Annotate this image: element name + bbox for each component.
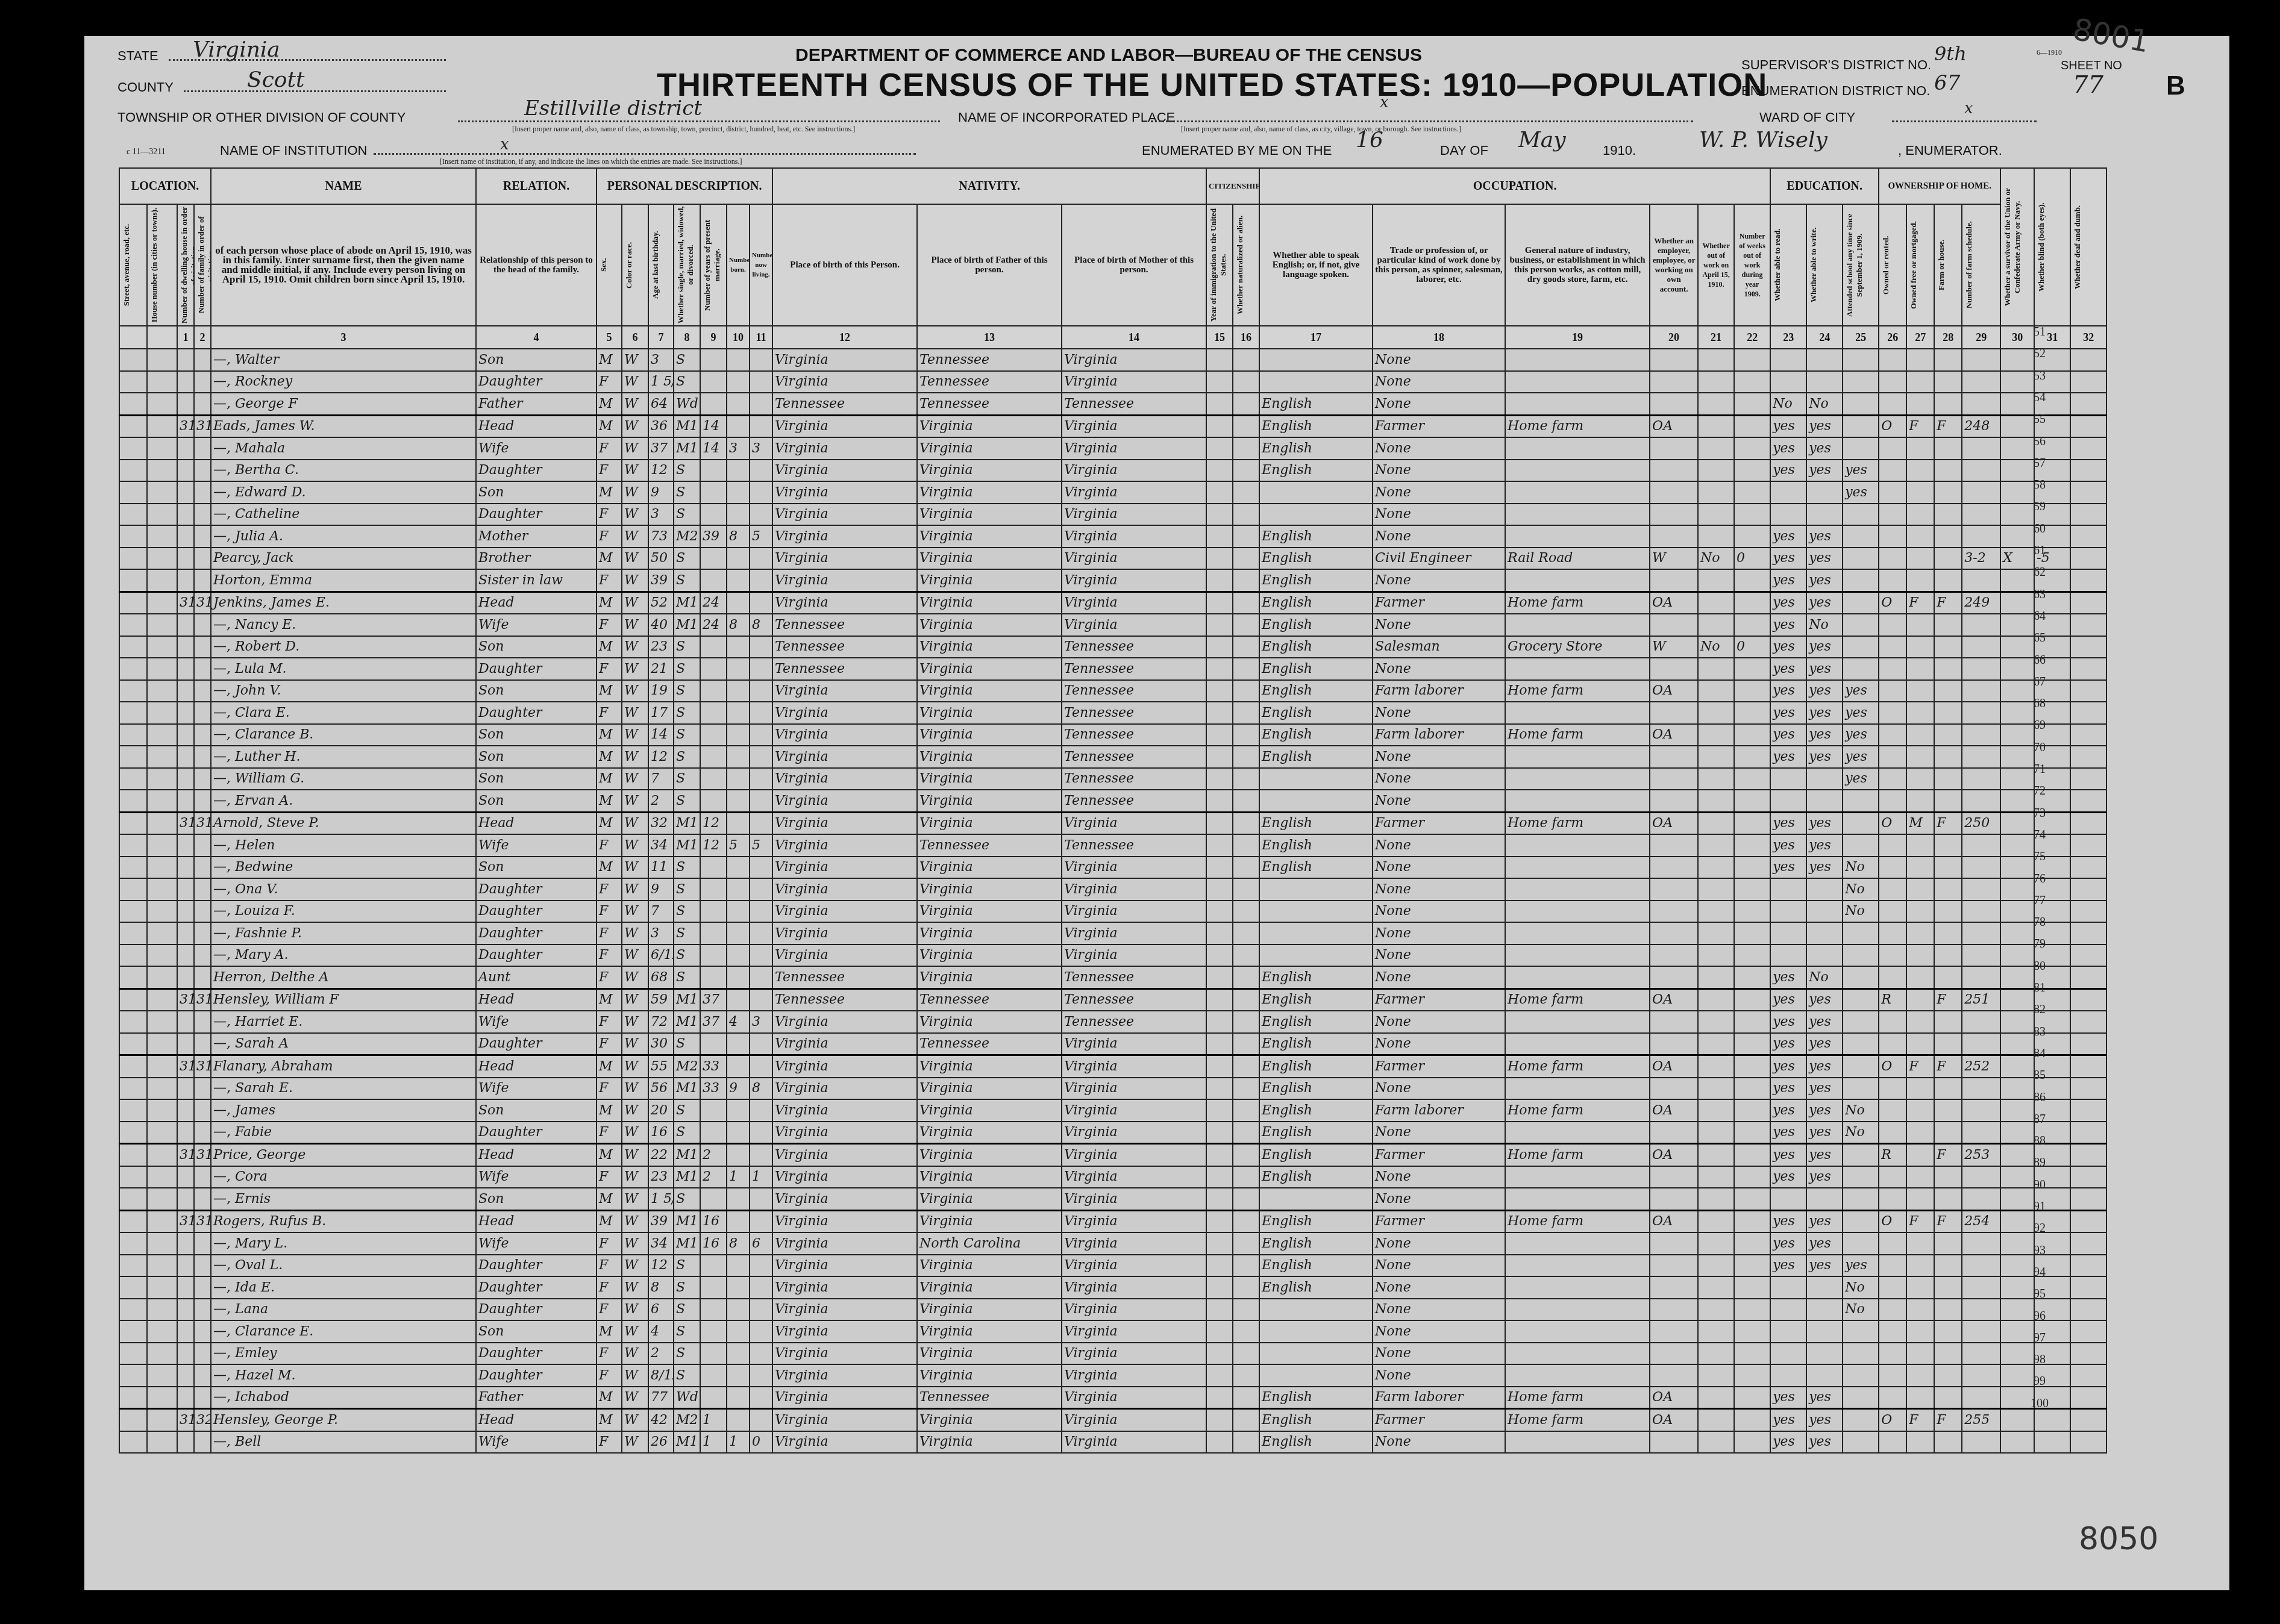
cell-trade: None: [1373, 922, 1505, 945]
cell-name: —, Walter: [211, 349, 476, 371]
cell-wr: yes: [1806, 1255, 1843, 1277]
col-blind: Whether blind (both eyes).: [2037, 187, 2046, 307]
cell-age: 21: [648, 658, 674, 680]
cell-out: [1698, 658, 1734, 680]
cell-race: W: [622, 702, 648, 724]
cell-out: [1698, 349, 1734, 371]
cell-fs: [1962, 746, 2000, 768]
cell-h: [147, 1409, 177, 1431]
cell-pob: Virginia: [772, 922, 917, 945]
cell-rel: Wife: [476, 614, 597, 636]
cell-nat: [1233, 1364, 1259, 1387]
cell-h: [147, 966, 177, 988]
cell-born: [727, 393, 750, 415]
table-row: —, Clara E.DaughterFW17SVirginiaVirginia…: [119, 702, 2106, 724]
cell-fam: [194, 569, 211, 592]
cell-deaf: [2070, 460, 2106, 482]
cell-sex: F: [597, 966, 622, 988]
cell-s: [119, 569, 147, 592]
cell-sex: M: [597, 349, 622, 371]
cell-pob: Virginia: [772, 569, 917, 592]
cell-out: [1698, 966, 1734, 988]
cell-out: [1698, 481, 1734, 504]
cell-living: [750, 724, 772, 746]
cell-ym: [700, 857, 727, 879]
cell-pob: Virginia: [772, 481, 917, 504]
group-name: NAME: [211, 168, 476, 204]
cell-fh: [1934, 724, 1962, 746]
cell-race: W: [622, 569, 648, 592]
cell-sch: [1843, 525, 1879, 548]
cell-lang: English: [1259, 614, 1373, 636]
cell-fh: [1934, 504, 1962, 526]
cell-ind: [1505, 966, 1650, 988]
col-number: 16: [1233, 326, 1259, 349]
cell-lang: English: [1259, 1099, 1373, 1122]
cell-nat: [1233, 1055, 1259, 1078]
cell-born: [727, 592, 750, 614]
cell-name: —, Robert D.: [211, 636, 476, 658]
cell-ind: [1505, 349, 1650, 371]
cell-trade: None: [1373, 1166, 1505, 1188]
cell-pob: Virginia: [772, 1188, 917, 1210]
cell-fh: [1934, 1255, 1962, 1277]
cell-sch: No: [1843, 1276, 1879, 1299]
cell-pob: Virginia: [772, 1364, 917, 1387]
cell-race: W: [622, 460, 648, 482]
cell-pob: Virginia: [772, 371, 917, 393]
cell-wr: yes: [1806, 1387, 1843, 1409]
cell-age: 42: [648, 1409, 674, 1431]
cell-pobm: Virginia: [1062, 504, 1206, 526]
cell-name: —, Bertha C.: [211, 460, 476, 482]
cell-sex: F: [597, 460, 622, 482]
cell-sex: F: [597, 834, 622, 857]
cell-imm: [1206, 1409, 1233, 1431]
cell-rel: Daughter: [476, 460, 597, 482]
cell-deaf: [2070, 658, 2106, 680]
cell-fam: [194, 349, 211, 371]
cell-living: [750, 1122, 772, 1144]
line-number: 66: [2028, 654, 2052, 667]
cell-s: [119, 1431, 147, 1454]
cell-living: [750, 636, 772, 658]
line-number: 81: [2028, 981, 2052, 995]
cell-mort: [1906, 614, 1934, 636]
cell-ind: Home farm: [1505, 1409, 1650, 1431]
cell-own: [1879, 614, 1906, 636]
cell-race: W: [622, 922, 648, 945]
cell-living: [750, 812, 772, 834]
cell-living: [750, 857, 772, 879]
cell-ms: M1: [674, 1144, 700, 1166]
cell-born: [727, 658, 750, 680]
cell-mort: [1906, 636, 1934, 658]
cell-fam: [194, 1122, 211, 1144]
line-number: 89: [2028, 1156, 2052, 1170]
line-number: 84: [2028, 1047, 2052, 1061]
cell-living: [750, 1320, 772, 1343]
cell-sch: No: [1843, 857, 1879, 879]
cell-dw: [177, 945, 194, 967]
cell-ms: S: [674, 746, 700, 768]
cell-living: [750, 680, 772, 702]
cell-sex: F: [597, 1343, 622, 1365]
cell-ind: [1505, 1364, 1650, 1387]
table-row: —, HelenWifeFW34M11255VirginiaTennesseeT…: [119, 834, 2106, 857]
table-row: —, CathelineDaughterFW3SVirginiaVirginia…: [119, 504, 2106, 526]
cell-lang: English: [1259, 966, 1373, 988]
cell-ind: Home farm: [1505, 415, 1650, 437]
cell-imm: [1206, 1011, 1233, 1033]
cell-pob: Virginia: [772, 1320, 917, 1343]
cell-born: 9: [727, 1078, 750, 1100]
cell-trade: None: [1373, 437, 1505, 460]
cell-pobf: Tennessee: [917, 1033, 1062, 1055]
cell-age: 39: [648, 569, 674, 592]
cell-age: 56: [648, 1078, 674, 1100]
table-row: —, Clarance E.SonMW4SVirginiaVirginiaVir…: [119, 1320, 2106, 1343]
cell-age: 17: [648, 702, 674, 724]
cell-s: [119, 1409, 147, 1431]
cell-h: [147, 1188, 177, 1210]
cell-mort: [1906, 834, 1934, 857]
table-row: 314315Arnold, Steve P.HeadMW32M112Virgin…: [119, 812, 2106, 834]
cell-sex: M: [597, 857, 622, 879]
cell-sex: M: [597, 415, 622, 437]
cell-h: [147, 569, 177, 592]
cell-name: Hensley, William F: [211, 988, 476, 1011]
cell-living: 8: [750, 1078, 772, 1100]
cell-own: [1879, 1343, 1906, 1365]
line-number: 82: [2028, 1003, 2052, 1017]
cell-living: 1: [750, 1166, 772, 1188]
cell-pobm: Tennessee: [1062, 1011, 1206, 1033]
cell-wks: [1734, 525, 1770, 548]
cell-own: [1879, 901, 1906, 923]
cell-emp: OA: [1650, 1055, 1698, 1078]
cell-rel: Daughter: [476, 1276, 597, 1299]
cell-deaf: [2070, 1343, 2106, 1365]
cell-age: 32: [648, 812, 674, 834]
col-farm-house: Farm or house.: [1937, 205, 1946, 325]
cell-rd: [1770, 1320, 1806, 1343]
cell-fs: [1962, 658, 2000, 680]
line-number: 61: [2028, 544, 2052, 558]
cell-trade: None: [1373, 790, 1505, 812]
cell-fam: 319: [194, 1210, 211, 1232]
cell-nat: [1233, 1033, 1259, 1055]
cell-wr: yes: [1806, 636, 1843, 658]
cell-fh: [1934, 1188, 1962, 1210]
line-number: 94: [2028, 1266, 2052, 1279]
cell-name: —, James: [211, 1099, 476, 1122]
cell-fs: 248: [1962, 415, 2000, 437]
cell-s: [119, 548, 147, 570]
cell-fam: [194, 460, 211, 482]
cell-imm: [1206, 746, 1233, 768]
cell-rel: Daughter: [476, 1122, 597, 1144]
table-row: —, Luther H.SonMW12SVirginiaVirginiaTenn…: [119, 746, 2106, 768]
cell-race: W: [622, 966, 648, 988]
cell-mort: [1906, 1188, 1934, 1210]
cell-ms: S: [674, 481, 700, 504]
cell-h: [147, 988, 177, 1011]
cell-dw: [177, 1343, 194, 1365]
cell-born: [727, 548, 750, 570]
cell-wr: yes: [1806, 1144, 1843, 1166]
cell-out: No: [1698, 636, 1734, 658]
cell-s: [119, 481, 147, 504]
cell-out: [1698, 371, 1734, 393]
cell-rd: yes: [1770, 1232, 1806, 1255]
cell-rd: [1770, 945, 1806, 967]
cell-ind: Home farm: [1505, 812, 1650, 834]
cell-s: [119, 1299, 147, 1321]
cell-ind: [1505, 922, 1650, 945]
cell-wks: [1734, 834, 1770, 857]
cell-pobf: Tennessee: [917, 393, 1062, 415]
cell-sch: [1843, 1320, 1879, 1343]
cell-s: [119, 1166, 147, 1188]
cell-s: [119, 966, 147, 988]
cell-age: 23: [648, 1166, 674, 1188]
cell-trade: None: [1373, 768, 1505, 790]
cell-pobm: Virginia: [1062, 1122, 1206, 1144]
cell-dw: [177, 504, 194, 526]
cell-emp: [1650, 504, 1698, 526]
cell-wr: yes: [1806, 460, 1843, 482]
cell-born: [727, 878, 750, 901]
cell-living: [750, 504, 772, 526]
cell-dw: [177, 966, 194, 988]
cell-rd: yes: [1770, 614, 1806, 636]
cell-h: [147, 790, 177, 812]
incorporated-label: NAME OF INCORPORATED PLACE: [958, 110, 1175, 125]
cell-mort: [1906, 569, 1934, 592]
cell-age: 6: [648, 1299, 674, 1321]
cell-imm: [1206, 1276, 1233, 1299]
cell-deaf: [2070, 1144, 2106, 1166]
cell-fam: 320: [194, 1409, 211, 1431]
cell-h: [147, 371, 177, 393]
cell-rd: yes: [1770, 548, 1806, 570]
cell-ind: [1505, 901, 1650, 923]
cell-nat: [1233, 437, 1259, 460]
cell-ind: [1505, 371, 1650, 393]
cell-rd: [1770, 768, 1806, 790]
cell-deaf: [2070, 481, 2106, 504]
cell-mort: [1906, 1276, 1934, 1299]
cell-fam: [194, 1364, 211, 1387]
cell-rd: yes: [1770, 1387, 1806, 1409]
cell-wr: yes: [1806, 1055, 1843, 1078]
cell-wr: No: [1806, 966, 1843, 988]
cell-sch: yes: [1843, 746, 1879, 768]
cell-lang: English: [1259, 702, 1373, 724]
cell-pobf: Virginia: [917, 1188, 1062, 1210]
cell-deaf: [2070, 857, 2106, 879]
cell-race: W: [622, 481, 648, 504]
cell-sex: F: [597, 614, 622, 636]
table-row: Horton, EmmaSister in lawFW39SVirginiaVi…: [119, 569, 2106, 592]
cell-lang: English: [1259, 1387, 1373, 1409]
cell-ym: [700, 702, 727, 724]
cell-age: 7: [648, 768, 674, 790]
cell-sex: F: [597, 658, 622, 680]
cell-pobf: Virginia: [917, 481, 1062, 504]
cell-age: 9: [648, 481, 674, 504]
line-number: 62: [2028, 566, 2052, 579]
cell-pobm: Tennessee: [1062, 746, 1206, 768]
cell-name: —, Edward D.: [211, 481, 476, 504]
table-row: —, Mary A.DaughterFW6/12SVirginiaVirgini…: [119, 945, 2106, 967]
cell-sch: [1843, 614, 1879, 636]
cell-sex: M: [597, 812, 622, 834]
county-label: COUNTY: [117, 80, 174, 95]
cell-name: —, Ona V.: [211, 878, 476, 901]
cell-pobf: Virginia: [917, 658, 1062, 680]
cell-mort: [1906, 658, 1934, 680]
line-number: 100: [2028, 1397, 2052, 1411]
cell-ym: [700, 1364, 727, 1387]
cell-fam: [194, 1078, 211, 1100]
cell-mort: [1906, 460, 1934, 482]
cell-age: 39: [648, 1210, 674, 1232]
cell-race: W: [622, 1188, 648, 1210]
cell-name: —, Catheline: [211, 504, 476, 526]
cell-born: [727, 1210, 750, 1232]
cell-fh: [1934, 1299, 1962, 1321]
cell-fam: [194, 922, 211, 945]
table-row: —, Robert D.SonMW23STennesseeVirginiaTen…: [119, 636, 2106, 658]
cell-out: [1698, 1431, 1734, 1454]
cell-race: W: [622, 680, 648, 702]
cell-pobf: Tennessee: [917, 371, 1062, 393]
cell-dw: 318: [177, 1210, 194, 1232]
line-number: 68: [2028, 697, 2052, 711]
cell-h: [147, 548, 177, 570]
cell-trade: Farmer: [1373, 1210, 1505, 1232]
enumerated-year: 1910.: [1603, 143, 1636, 158]
cell-fam: [194, 1033, 211, 1055]
group-nativity: NATIVITY.: [772, 168, 1206, 204]
cell-wks: [1734, 569, 1770, 592]
col-number: 4: [476, 326, 597, 349]
cell-s: [119, 437, 147, 460]
cell-age: 12: [648, 1255, 674, 1277]
cell-emp: OA: [1650, 1099, 1698, 1122]
cell-race: W: [622, 901, 648, 923]
cell-fs: [1962, 1364, 2000, 1387]
cell-mort: [1906, 1166, 1934, 1188]
cell-sex: M: [597, 768, 622, 790]
cell-rel: Wife: [476, 1011, 597, 1033]
cell-emp: [1650, 1232, 1698, 1255]
cell-living: [750, 1364, 772, 1387]
cell-emp: [1650, 371, 1698, 393]
cell-sch: No: [1843, 878, 1879, 901]
cell-own: [1879, 945, 1906, 967]
cell-fs: [1962, 349, 2000, 371]
cell-nat: [1233, 349, 1259, 371]
cell-wr: [1806, 1320, 1843, 1343]
line-number: 64: [2028, 610, 2052, 623]
cell-dw: 317: [177, 1144, 194, 1166]
cell-name: —, Lula M.: [211, 658, 476, 680]
cell-ms: S: [674, 966, 700, 988]
cell-race: W: [622, 1166, 648, 1188]
cell-dw: [177, 1320, 194, 1343]
col-naturalized: Whether naturalized or alien.: [1235, 205, 1245, 325]
group-relation: RELATION.: [476, 168, 597, 204]
line-number: 55: [2028, 413, 2052, 426]
cell-ind: [1505, 437, 1650, 460]
cell-s: [119, 393, 147, 415]
cell-rd: [1770, 481, 1806, 504]
cell-lang: English: [1259, 812, 1373, 834]
cell-ym: [700, 504, 727, 526]
cell-fh: [1934, 857, 1962, 879]
cell-s: [119, 1144, 147, 1166]
cell-rd: [1770, 1276, 1806, 1299]
cell-wr: [1806, 922, 1843, 945]
cell-emp: [1650, 922, 1698, 945]
cell-rel: Daughter: [476, 1033, 597, 1055]
line-number: 79: [2028, 937, 2052, 951]
cell-emp: OA: [1650, 988, 1698, 1011]
cell-mort: F: [1906, 415, 1934, 437]
cell-rd: No: [1770, 393, 1806, 415]
cell-fs: [1962, 1011, 2000, 1033]
township-value: Estillville district: [524, 96, 702, 120]
cell-rel: Son: [476, 1099, 597, 1122]
cell-pobm: Virginia: [1062, 1276, 1206, 1299]
cell-fs: [1962, 1188, 2000, 1210]
cell-sch: [1843, 1232, 1879, 1255]
cell-ind: [1505, 1078, 1650, 1100]
cell-out: [1698, 988, 1734, 1011]
table-row: —, Hazel M.DaughterFW8/12SVirginiaVirgin…: [119, 1364, 2106, 1387]
cell-name: —, Mary A.: [211, 945, 476, 967]
cell-pob: Virginia: [772, 1078, 917, 1100]
cell-name: —, Fabie: [211, 1122, 476, 1144]
cell-mort: [1906, 680, 1934, 702]
cell-lang: [1259, 349, 1373, 371]
cell-ind: [1505, 790, 1650, 812]
cell-ind: [1505, 658, 1650, 680]
cell-trade: None: [1373, 1299, 1505, 1321]
incorporated-value: x: [1380, 93, 1389, 111]
cell-lang: English: [1259, 1210, 1373, 1232]
cell-fh: [1934, 1166, 1962, 1188]
col-number: 28: [1934, 326, 1962, 349]
cell-wks: [1734, 658, 1770, 680]
cell-sex: M: [597, 1144, 622, 1166]
cell-h: [147, 1299, 177, 1321]
cell-age: 1 5/12: [648, 371, 674, 393]
cell-wr: yes: [1806, 988, 1843, 1011]
cell-imm: [1206, 878, 1233, 901]
cell-wr: [1806, 481, 1843, 504]
cell-imm: [1206, 1431, 1233, 1454]
cell-out: [1698, 790, 1734, 812]
cell-h: [147, 857, 177, 879]
cell-name: —, Bell: [211, 1431, 476, 1454]
cell-trade: None: [1373, 1364, 1505, 1387]
cell-pobf: Virginia: [917, 857, 1062, 879]
cell-fam: [194, 636, 211, 658]
